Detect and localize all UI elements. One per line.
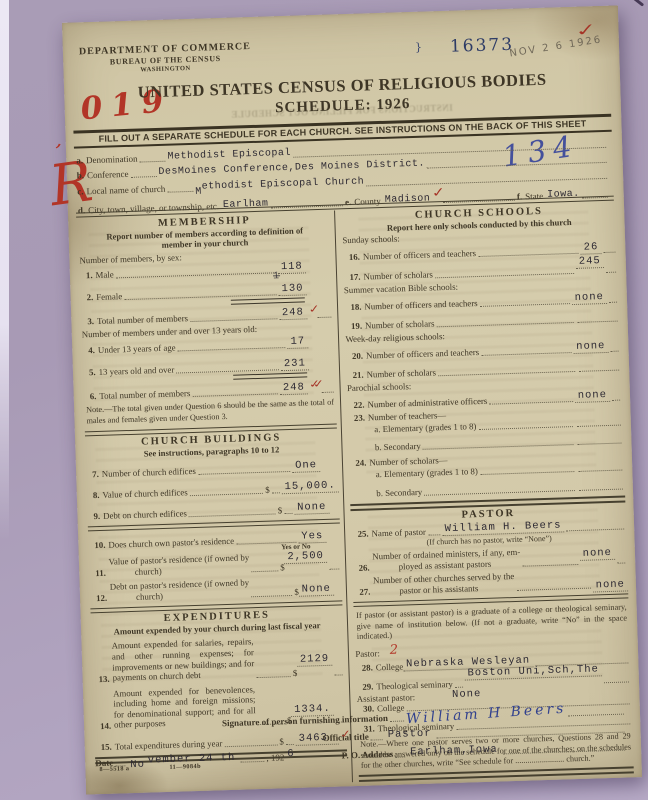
question-label: Number of administrative officers xyxy=(367,396,487,410)
edifice-count-value: One xyxy=(292,459,320,473)
dotted-leader xyxy=(577,443,621,445)
dotted-leader xyxy=(424,490,575,496)
question-label: Name of pastor xyxy=(371,527,426,539)
question-label: Male xyxy=(95,270,113,281)
question-number: 1. xyxy=(86,270,93,280)
question-label: Number of scholars xyxy=(365,319,435,331)
question-number: 26. xyxy=(359,563,370,573)
dotted-leader xyxy=(178,347,286,351)
dotted-leader xyxy=(437,732,625,739)
dotted-leader xyxy=(568,714,624,717)
dotted-leader xyxy=(190,319,277,323)
dotted-leader xyxy=(198,471,290,475)
question-number: 24. xyxy=(355,458,366,468)
q12-residence-debt-row: 12. Debt on pastor's residence (if owned… xyxy=(90,575,343,604)
dollar-sign: $ xyxy=(265,485,270,495)
dotted-leader xyxy=(390,721,404,722)
dotted-leader xyxy=(489,401,573,405)
sunday-scholars-value: 245 xyxy=(576,255,604,269)
local-name-dropped-letter: M xyxy=(195,186,202,197)
summer-officers-value: none xyxy=(572,291,608,305)
total-members-check-value: 248 xyxy=(280,382,308,396)
other-churches-value: none xyxy=(593,579,629,593)
question-number: 9. xyxy=(93,511,100,521)
dotted-leader xyxy=(189,513,276,517)
dotted-leader xyxy=(523,564,578,567)
dotted-leader xyxy=(478,426,572,430)
addition-sum-rule xyxy=(231,298,305,305)
dotted-leader xyxy=(617,563,625,564)
question-label: Debt on pastor's residence (if owned by … xyxy=(110,578,250,603)
dotted-leader xyxy=(480,471,574,475)
dotted-leader xyxy=(578,470,622,472)
conference-label: Conference xyxy=(87,169,129,180)
denomination-value: Methodist Episcopal xyxy=(167,147,291,162)
question-number: 25. xyxy=(357,529,368,539)
question-label: Value of church edifices xyxy=(102,487,188,500)
dotted-leader xyxy=(423,444,574,450)
question-label: Total number of members xyxy=(97,313,188,326)
question-label: Number of officers and teachers xyxy=(366,347,479,361)
row-letter: a. xyxy=(76,155,83,165)
dotted-leader xyxy=(140,160,166,162)
question-number: 16. xyxy=(349,252,360,262)
dotted-leader xyxy=(577,425,621,427)
dotted-leader xyxy=(252,571,279,573)
dotted-leader xyxy=(606,272,616,273)
po-address-label: P. O. Address xyxy=(342,749,394,761)
pastor-label: Pastor: xyxy=(355,649,380,660)
sub-question-label: b. Secondary xyxy=(376,487,422,498)
question-number: 22. xyxy=(353,400,364,410)
question-label: Number of scholars xyxy=(363,270,433,282)
dotted-leader xyxy=(478,253,579,257)
question-label: College xyxy=(376,662,404,673)
q13-running-expenses-row: 13. Amount expended for salaries, repair… xyxy=(91,634,344,684)
dotted-leader xyxy=(322,392,334,393)
question-number: 3. xyxy=(87,316,94,326)
question-label: Number of officers and teachers xyxy=(364,298,477,312)
running-expenses-value: 2129 xyxy=(297,652,333,666)
question-label: Amount expended for salaries, repairs, a… xyxy=(111,637,254,684)
red-checkmark: ✓ xyxy=(307,304,320,317)
spacer xyxy=(300,760,340,761)
parochial-officers-value: none xyxy=(575,389,611,403)
sub-question-label: b. Secondary xyxy=(375,441,421,452)
question-label: Value of pastor's residence (if owned by… xyxy=(108,552,249,578)
question-number: 10. xyxy=(94,540,105,550)
weekday-officers-value: none xyxy=(573,340,609,354)
dotted-leader xyxy=(437,322,574,327)
assistant-ministers-value: none xyxy=(580,547,616,561)
question-number: 11. xyxy=(95,568,106,578)
addition-sum-rule xyxy=(233,373,307,380)
red-checkmark: ✓ xyxy=(430,184,446,201)
sub-question-label: a. Elementary (grades 1 to 8) xyxy=(376,466,478,479)
row-letter: c. xyxy=(77,186,84,196)
serial-number-stamp: }16373 xyxy=(415,35,515,58)
dotted-leader xyxy=(131,176,157,178)
dotted-leader xyxy=(284,513,292,514)
question-label: Number of ordained ministers, if any, em… xyxy=(372,547,521,573)
serial-number: 16373 xyxy=(450,35,515,57)
serial-brace-mark: } xyxy=(415,41,424,54)
question-label: Female xyxy=(96,291,122,302)
row-letter: b. xyxy=(77,170,85,180)
question-label: Number of teachers— xyxy=(368,410,446,422)
printed-year-prefix: , 192 xyxy=(266,752,284,763)
section-divider-rule xyxy=(88,518,340,531)
dotted-leader xyxy=(329,569,339,570)
question-number: 20. xyxy=(352,351,363,361)
male-count-value: 118 xyxy=(278,261,306,275)
question-label: 13 years old and over xyxy=(98,365,174,377)
question-number: 28. xyxy=(362,663,373,673)
dotted-leader xyxy=(579,489,623,491)
question-label: Number of church edifices xyxy=(102,466,196,479)
question-label: Number of scholars— xyxy=(369,455,447,467)
dollar-sign: $ xyxy=(278,505,283,515)
dotted-leader xyxy=(435,273,574,278)
denomination-label: Denomination xyxy=(86,153,138,165)
q7-edifices-row: 7. Number of church edifices One xyxy=(86,458,338,479)
scan-edge-light-strip xyxy=(0,0,9,540)
local-name-label: Local name of church xyxy=(86,183,165,195)
dotted-leader xyxy=(517,588,591,591)
sub-question-label: a. Elementary (grades 1 to 8) xyxy=(374,421,476,434)
official-title-label: Official title xyxy=(322,732,369,743)
question-label: Total number of members xyxy=(99,388,190,401)
dotted-leader xyxy=(481,352,571,356)
dotted-leader xyxy=(611,351,619,352)
q9-edifice-debt-row: 9. Debt on church edifices $ None xyxy=(87,500,339,521)
over-13-value: 231 xyxy=(281,358,309,372)
question-label: Under 13 years of age xyxy=(98,343,176,355)
dotted-leader xyxy=(167,190,193,192)
question-label: Number of scholars xyxy=(366,367,436,379)
female-count-value: 130 xyxy=(278,283,306,297)
dotted-leader xyxy=(428,534,440,535)
agency-header: DEPARTMENT OF COMMERCE BUREAU OF THE CEN… xyxy=(79,41,252,76)
dotted-leader xyxy=(427,162,607,169)
dotted-leader xyxy=(116,273,276,279)
question-number: 13. xyxy=(98,673,109,683)
question-number: 21. xyxy=(352,370,363,380)
residence-debt-value: None xyxy=(299,583,335,597)
date-typed-year-digit: 6 xyxy=(284,748,298,760)
membership-note: Note.—The total given under Question 6 s… xyxy=(84,398,337,426)
edifice-value-amount: 15,000. xyxy=(281,479,338,494)
question-number: 19. xyxy=(351,321,362,331)
dotted-leader xyxy=(603,252,615,253)
question-number: 4. xyxy=(88,345,95,355)
dotted-leader xyxy=(395,757,405,758)
dotted-leader xyxy=(612,400,620,401)
edifice-debt-value: None xyxy=(294,501,330,515)
question-number: 27. xyxy=(359,587,370,597)
dotted-leader xyxy=(190,493,264,496)
question-number: 8. xyxy=(93,490,100,500)
q27-row: 27. Number of other churches served by t… xyxy=(353,568,628,598)
q8-edifice-value-row: 8. Value of church edifices $ 15,000. xyxy=(87,479,339,500)
total-members-value: 248 xyxy=(279,307,307,321)
dotted-leader xyxy=(272,492,280,493)
question-number: 18. xyxy=(350,302,361,312)
handwritten-red-two: 2 xyxy=(389,643,398,658)
question-number: 23. xyxy=(354,413,365,423)
struck-out-typo: 1 xyxy=(273,271,280,282)
census-form-paper: INSTRUCTIONS FOR FILLING OUT SCHEDULE DE… xyxy=(62,5,642,794)
question-label: Debt on church edifices xyxy=(103,508,187,521)
dotted-leader xyxy=(257,676,291,678)
dotted-leader xyxy=(579,370,619,372)
dotted-leader xyxy=(192,394,278,398)
question-number: 2. xyxy=(86,292,93,302)
dotted-leader xyxy=(578,321,618,323)
question-label: Number of officers and teachers xyxy=(363,248,476,262)
question-number: 12. xyxy=(96,593,107,603)
dotted-leader xyxy=(251,595,292,597)
dotted-leader xyxy=(438,371,575,376)
dotted-leader xyxy=(317,317,331,318)
sunday-officers-value: 26 xyxy=(581,241,602,255)
scanned-census-form-page: { "header": { "agency_line1": "DEPARTMEN… xyxy=(0,0,648,800)
question-label: Number of other churches served by the p… xyxy=(373,571,515,597)
residence-value-amount: 2,500 xyxy=(284,550,327,564)
form-number-1: 8—5518 a xyxy=(99,765,129,773)
corner-pen-slash xyxy=(622,0,644,7)
local-name-value: ethodist Episcopal Church xyxy=(202,176,365,192)
dotted-leader xyxy=(335,674,343,675)
red-checkmark: ✓ xyxy=(312,378,325,391)
signature-label: Signature of person furnishing informati… xyxy=(222,713,388,728)
dotted-leader xyxy=(480,303,570,307)
dollar-sign: $ xyxy=(293,667,298,677)
question-number: 17. xyxy=(349,272,360,282)
question-number: 5. xyxy=(89,367,96,377)
dotted-leader xyxy=(609,302,617,303)
form-number-2: 11—9084b xyxy=(169,763,201,771)
question-number: 6. xyxy=(90,391,97,401)
question-number: 7. xyxy=(92,469,99,479)
owns-residence-value: Yes xyxy=(298,530,326,544)
dotted-leader xyxy=(241,761,265,763)
dotted-leader xyxy=(371,739,383,740)
official-title-value: Pastor xyxy=(385,728,435,742)
question-number: 29. xyxy=(362,682,373,692)
under-13-value: 17 xyxy=(287,336,308,350)
